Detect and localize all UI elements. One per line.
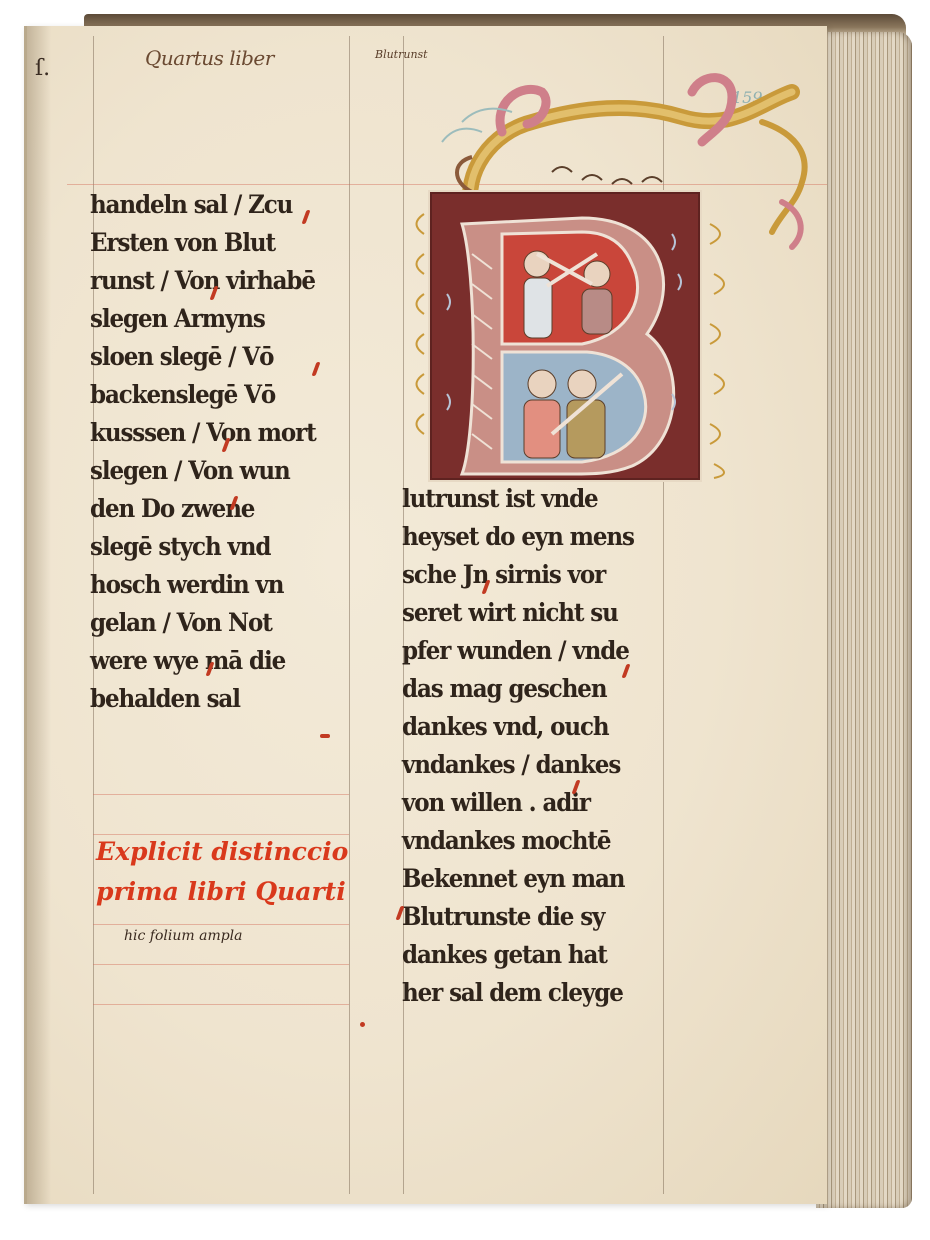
text-line: slegen Armyns <box>90 300 338 338</box>
running-header-left: Quartus liber <box>145 46 274 70</box>
gutter-shadow <box>27 26 51 1204</box>
ruling-line <box>93 924 349 925</box>
text-line: dankes vnd, ouch <box>402 708 687 746</box>
text-line: das mag geschen <box>402 670 687 708</box>
text-line: den Do zwene <box>90 490 338 528</box>
rubric-dot <box>360 1022 365 1027</box>
ruling-line <box>93 964 349 965</box>
historiated-initial-b <box>430 192 700 480</box>
rubric-line: prima libri Quarti <box>96 872 348 912</box>
text-line: vndankes mochtē <box>402 822 687 860</box>
text-line: kusssen / Von mort <box>90 414 338 452</box>
ruling-line <box>93 794 349 795</box>
text-line: von willen . adir <box>402 784 687 822</box>
text-line: slegen / Von wun <box>90 452 338 490</box>
text-line: slegē stych vnd <box>90 528 338 566</box>
text-line: hosch werdin vn <box>90 566 338 604</box>
gutter-mark: ſ. <box>35 56 50 81</box>
rubric-heading: Explicit distinccio prima libri Quarti <box>96 832 348 912</box>
running-header-right: Blutrunst <box>375 48 428 61</box>
rubric-line: Explicit distinccio <box>96 832 348 872</box>
text-line: dankes getan hat <box>402 936 687 974</box>
text-line: heyset do eyn mens <box>402 518 687 556</box>
text-line: Ersten von Blut <box>90 224 338 262</box>
incipit-note: hic folium ampla <box>124 928 243 944</box>
text-line: Bekennet eyn man <box>402 860 687 898</box>
right-text-column: lutrunst ist vnde heyset do eyn mens sch… <box>402 480 712 1012</box>
pen-flourish-icon <box>394 204 434 464</box>
text-line: gelan / Von Not <box>90 604 338 642</box>
text-line: sloen slegē / Vō <box>90 338 338 376</box>
text-line: Blutrunste die sy <box>402 898 687 936</box>
text-line: lutrunst ist vnde <box>402 480 687 518</box>
text-line: vndankes / dankes <box>402 746 687 784</box>
text-line: handeln sal / Zcu <box>90 186 338 224</box>
left-text-column: handeln sal / Zcu Ersten von Blut runst … <box>90 186 360 718</box>
text-line: sche Jn sirnis vor <box>402 556 687 594</box>
text-line: seret wirt nicht su <box>402 594 687 632</box>
pen-flourish-icon <box>700 214 760 484</box>
letter-b-icon <box>432 194 698 478</box>
manuscript-book: ſ. Quartus liber Blutrunst 159 <box>24 14 912 1210</box>
text-line: were wye mā die <box>90 642 338 680</box>
text-line: her sal dem cleyge <box>402 974 687 1012</box>
paraph-mark <box>320 734 330 738</box>
ruling-line <box>93 1004 349 1005</box>
text-line: behalden sal <box>90 680 338 718</box>
text-line: pfer wunden / vnde <box>402 632 687 670</box>
text-line: backenslegē Vō <box>90 376 338 414</box>
